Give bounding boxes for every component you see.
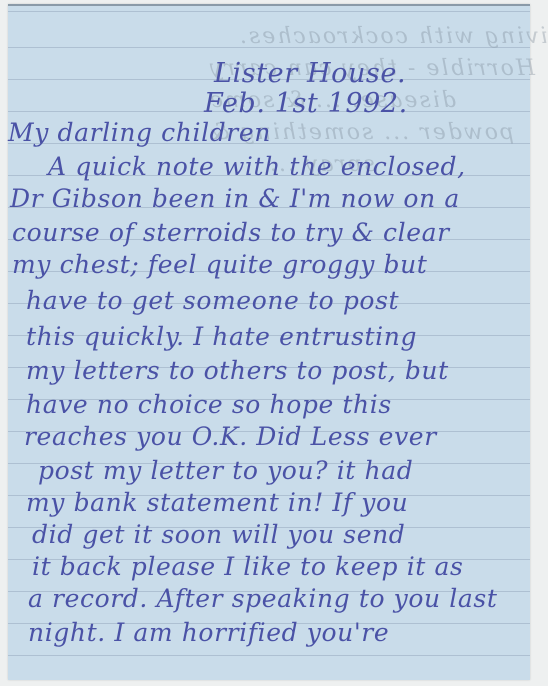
letter-line: A quick note with the enclosed, xyxy=(48,152,466,181)
letter-line: my bank statement in! If you xyxy=(26,488,408,517)
letter-line: a record. After speaking to you last xyxy=(28,584,497,613)
letter-line: did get it soon will you send xyxy=(32,520,405,549)
letter-line: course of sterroids to try & clear xyxy=(12,218,450,247)
letter-date: Feb. 1st 1992. xyxy=(204,88,408,119)
letter-line: post my letter to you? it had xyxy=(38,456,413,485)
letter-line: it back please I like to keep it as xyxy=(32,552,463,581)
letter-line: my chest; feel quite groggy but xyxy=(12,250,427,279)
letter-line: night. I am horrified you're xyxy=(28,618,389,647)
letter-line: this quickly. I hate entrusting xyxy=(26,322,417,351)
letter-line: reaches you O.K. Did Less ever xyxy=(24,422,437,451)
letter-place: Lister House. xyxy=(214,58,406,89)
top-rule xyxy=(8,4,530,6)
letter-page: living with cockroaches. Horrible - they… xyxy=(8,4,530,680)
salutation: My darling children xyxy=(8,118,271,147)
bleed-through-line: living with cockroaches. xyxy=(238,24,548,49)
letter-line: Dr Gibson been in & I'm now on a xyxy=(10,184,460,213)
letter-line: my letters to others to post, but xyxy=(26,356,449,385)
letter-line: have no choice so hope this xyxy=(26,390,392,419)
letter-line: have to get someone to post xyxy=(26,286,399,315)
